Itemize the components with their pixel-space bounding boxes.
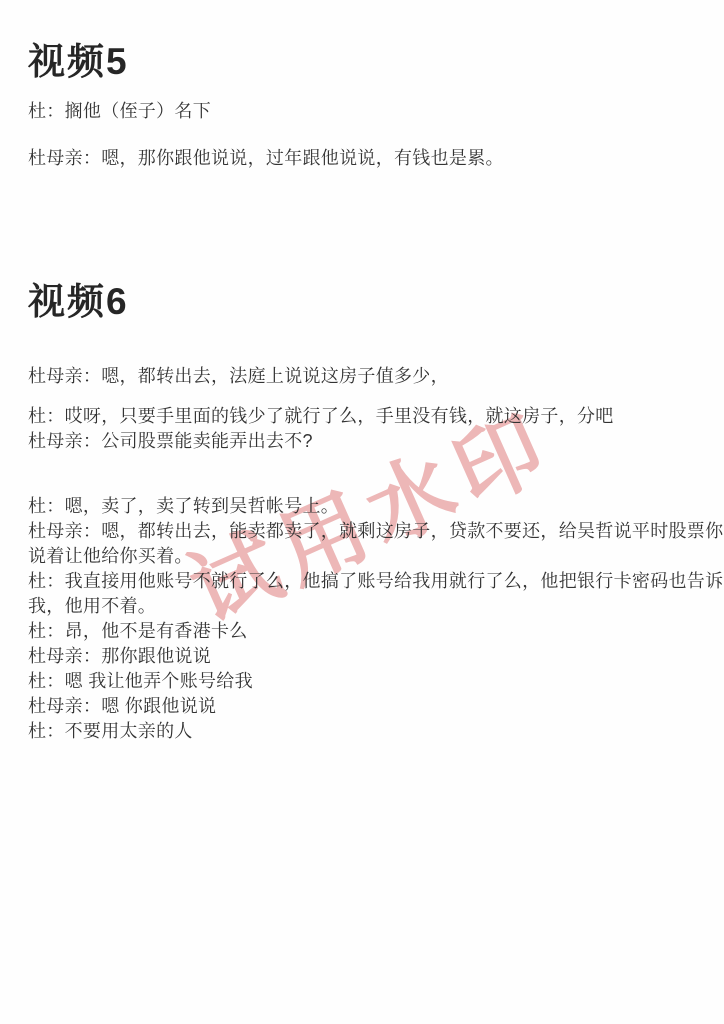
dialogue-paragraph: 杜：搁他（侄子）名下 bbox=[28, 99, 696, 124]
sections-container: 视频5杜：搁他（侄子）名下杜母亲：嗯，那你跟他说说，过年跟他说说，有钱也是累。视… bbox=[28, 43, 696, 744]
transcript-content: 视频5杜：搁他（侄子）名下杜母亲：嗯，那你跟他说说，过年跟他说说，有钱也是累。视… bbox=[0, 0, 724, 744]
dialogue-line: 杜母亲：嗯，那你跟他说说，过年跟他说说，有钱也是累。 bbox=[28, 146, 696, 171]
dialogue-line: 我，他用不着。 bbox=[28, 594, 696, 619]
dialogue-line: 杜：哎呀，只要手里面的钱少了就行了么，手里没有钱，就这房子，分吧 bbox=[28, 404, 696, 429]
section-heading: 视频5 bbox=[28, 43, 696, 81]
dialogue-line: 杜：昂，他不是有香港卡么 bbox=[28, 619, 696, 644]
dialogue-line: 杜：我直接用他账号不就行了么，他搞了账号给我用就行了么，他把银行卡密码也告诉 bbox=[28, 569, 696, 594]
section-heading: 视频6 bbox=[28, 283, 696, 321]
transcript-section: 视频6杜母亲：嗯，都转出去，法庭上说说这房子值多少，杜：哎呀，只要手里面的钱少了… bbox=[28, 283, 696, 744]
dialogue-paragraph: 杜母亲：嗯，都转出去，法庭上说说这房子值多少， bbox=[28, 364, 696, 389]
dialogue-line: 杜母亲：嗯，都转出去，法庭上说说这房子值多少， bbox=[28, 364, 696, 389]
dialogue-paragraph: 杜母亲：嗯，那你跟他说说，过年跟他说说，有钱也是累。 bbox=[28, 146, 696, 171]
dialogue-line: 杜母亲：嗯 你跟他说说 bbox=[28, 694, 696, 719]
dialogue-line: 杜：嗯 我让他弄个账号给我 bbox=[28, 669, 696, 694]
dialogue-line: 杜：不要用太亲的人 bbox=[28, 719, 696, 744]
document-page: 试用水印 视频5杜：搁他（侄子）名下杜母亲：嗯，那你跟他说说，过年跟他说说，有钱… bbox=[0, 0, 724, 1024]
dialogue-paragraph: 杜：哎呀，只要手里面的钱少了就行了么，手里没有钱，就这房子，分吧杜母亲：公司股票… bbox=[28, 404, 696, 454]
dialogue-line: 杜：搁他（侄子）名下 bbox=[28, 99, 696, 124]
dialogue-line: 杜母亲：那你跟他说说 bbox=[28, 644, 696, 669]
dialogue-line: 说着让他给你买着。 bbox=[28, 544, 696, 569]
dialogue-paragraph: 杜：嗯，卖了，卖了转到吴哲帐号上。杜母亲：嗯，都转出去，能卖都卖了，就剩这房子，… bbox=[28, 494, 696, 744]
dialogue-line: 杜母亲：嗯，都转出去，能卖都卖了，就剩这房子，贷款不要还，给吴哲说平时股票你 bbox=[28, 519, 696, 544]
dialogue-line: 杜母亲：公司股票能卖能弄出去不? bbox=[28, 429, 696, 454]
dialogue-line: 杜：嗯，卖了，卖了转到吴哲帐号上。 bbox=[28, 494, 696, 519]
transcript-section: 视频5杜：搁他（侄子）名下杜母亲：嗯，那你跟他说说，过年跟他说说，有钱也是累。 bbox=[28, 43, 696, 171]
